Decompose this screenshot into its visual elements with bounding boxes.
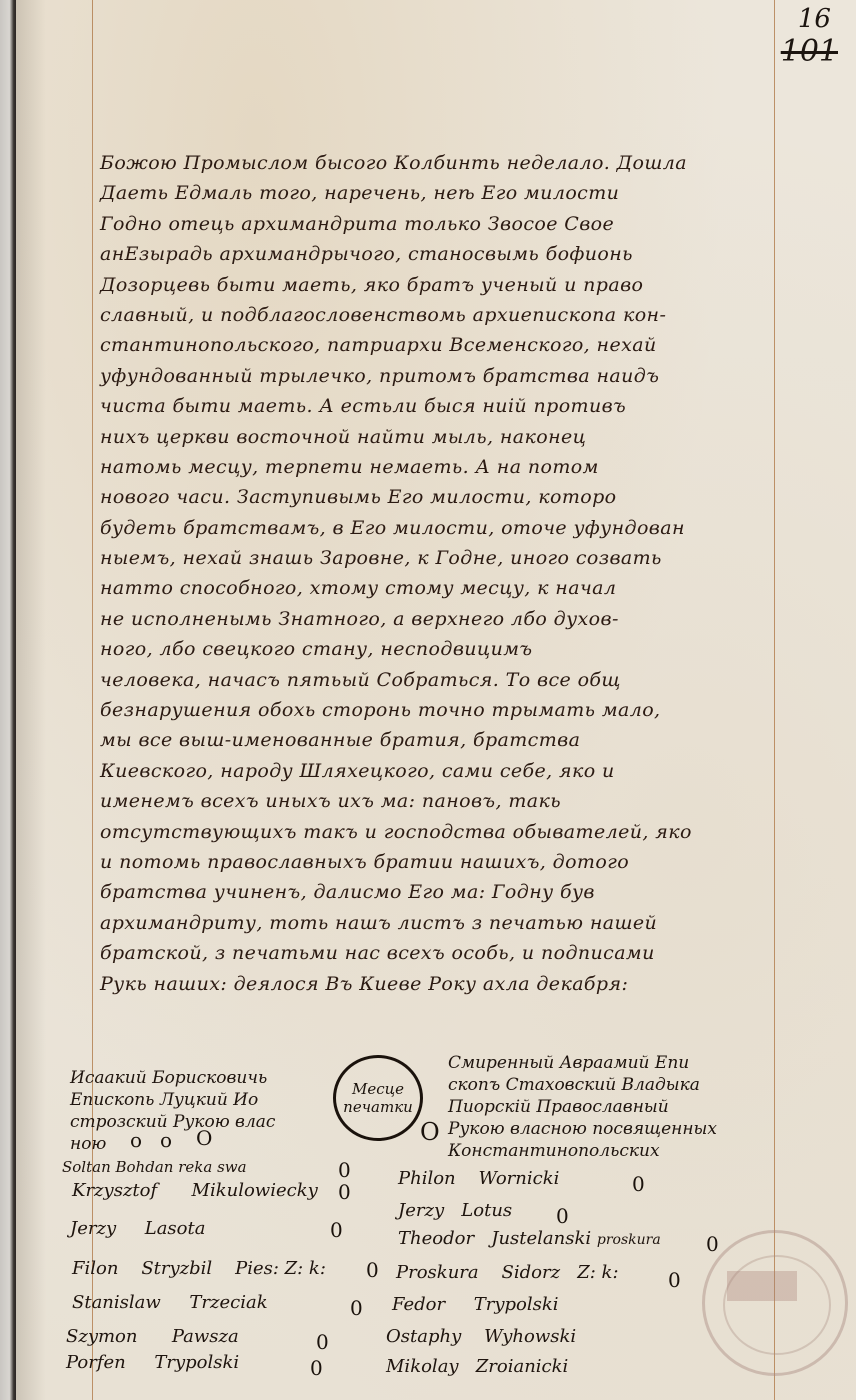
latin-signature: Krzysztof Mikulowiecky	[72, 1180, 318, 1201]
text-line: стантинопольского, патриархи Всеменского…	[100, 330, 790, 360]
bishop-signature-right: Смиренный Авраамий Епи скопъ Стаховский …	[448, 1052, 768, 1162]
folio-number: 16 101	[781, 4, 838, 69]
stamp-book-icon	[727, 1271, 797, 1301]
folio-current: 16	[791, 4, 838, 34]
seal-mark-o: o	[130, 1128, 142, 1152]
text-line: не исполненымь Знатного, а верхнего лбо …	[100, 604, 790, 634]
seal-mark-o: 0	[338, 1158, 351, 1182]
signature-line: Епископь Луцкий Ио	[70, 1089, 330, 1111]
text-line: именемъ всехъ иныхъ ихъ ма: пановъ, такь	[100, 786, 790, 816]
latin-signature: Szymon Pawsza	[66, 1326, 239, 1347]
text-line: Даеть Едмаль того, наречень, неѣ Его мил…	[100, 178, 790, 208]
latin-signature: Filon Stryzbil Pies: Z: k:	[72, 1258, 326, 1279]
seal-mark-o: O	[420, 1118, 440, 1146]
text-line: натомь месцу, терпети немаеть. А на пото…	[100, 452, 790, 482]
latin-signature: Jerzy Lotus	[398, 1200, 512, 1221]
signature-line: Исаакий Борисковичь	[70, 1067, 330, 1089]
text-line: будеть братствамъ, в Его милости, оточе …	[100, 513, 790, 543]
book-binding-edge	[0, 0, 16, 1400]
text-line: братства учиненъ, далисмо Его ма: Годну …	[100, 877, 790, 907]
seal-mark-o: o	[160, 1128, 172, 1152]
text-line: уфундованный трылечко, притомъ братства …	[100, 361, 790, 391]
seal-mark-o: 0	[338, 1180, 351, 1204]
text-line: Дозорцевь быти маеть, яко братъ ученый и…	[100, 270, 790, 300]
text-line: человека, начасъ пятьый Собраться. То вс…	[100, 665, 790, 695]
signature-line: Пиорскій Православный	[448, 1096, 768, 1118]
text-line: славный, и подблагословенствомь архиепис…	[100, 300, 790, 330]
text-line: Божою Промыслом бысого Колбинть неделало…	[100, 148, 790, 178]
text-line: натто способного, хтому стому месцу, к н…	[100, 573, 790, 603]
seal-mark-o: 0	[350, 1296, 363, 1320]
signature-line: Смиренный Авраамий Епи	[448, 1052, 768, 1074]
gutter-shadow	[16, 0, 46, 1400]
latin-signature: Stanislaw Trzeciak	[72, 1292, 268, 1313]
latin-signature: Ostaphy Wyhowski	[386, 1326, 576, 1347]
seal-mark-o: 0	[330, 1218, 343, 1242]
library-stamp	[702, 1230, 848, 1376]
text-line: ного, лбо свецкого стану, несподвицимъ	[100, 634, 790, 664]
signature-line: Рукою власною посвященных	[448, 1118, 768, 1140]
text-line: Годно отець архимандрита только Звосое С…	[100, 209, 790, 239]
seal-mark-o: 0	[366, 1258, 379, 1282]
signature-line: Константинопольских	[448, 1140, 768, 1162]
signature-line: скопъ Стаховский Владыка	[448, 1074, 768, 1096]
seal-place-circle: Месце печатки	[333, 1055, 423, 1141]
latin-signature: Theodor Justelanski proskura	[398, 1228, 661, 1249]
seal-mark-o: 0	[316, 1330, 329, 1354]
main-text-block: Божою Промыслом бысого Колбинть неделало…	[100, 148, 790, 999]
seal-mark-o: 0	[668, 1268, 681, 1292]
text-line: нихъ церкви восточной найти мыль, наконе…	[100, 422, 790, 452]
seal-mark-o: O	[196, 1126, 212, 1150]
seal-mark-o: 0	[706, 1232, 719, 1256]
latin-signature: Porfen Trypolski	[66, 1352, 239, 1373]
text-line: чиста быти маеть. А естьли быся ниій про…	[100, 391, 790, 421]
seal-note-line2: печатки	[343, 1098, 413, 1116]
text-line: архимандриту, тоть нашъ листъ з печатью …	[100, 908, 790, 938]
text-line: ныемъ, нехай знашь Заровне, к Годне, ино…	[100, 543, 790, 573]
seal-mark-o: 0	[632, 1172, 645, 1196]
latin-signature: Philon Wornicki	[398, 1168, 559, 1189]
latin-signature: Soltan Bohdan reka swa	[62, 1158, 247, 1176]
manuscript-page: 16 101 Божою Промыслом бысого Колбинть н…	[0, 0, 856, 1400]
text-line: безнарушения обохь сторонь точно трымать…	[100, 695, 790, 725]
text-line: нового часи. Заступивымь Его милости, ко…	[100, 482, 790, 512]
seal-note-line1: Месце	[352, 1080, 404, 1098]
latin-signature: Proskura Sidorz Z: k:	[396, 1262, 619, 1283]
latin-signature: Fedor Trypolski	[392, 1294, 559, 1315]
latin-signature: Mikolay Zroianicki	[386, 1356, 568, 1377]
text-line: и потомь православныхъ братии нашихъ, до…	[100, 847, 790, 877]
text-line: анЕзырадь архимандрычого, станосвымь боф…	[100, 239, 790, 269]
seal-mark-o: 0	[556, 1204, 569, 1228]
text-line: отсутствующихъ такъ и господства обывате…	[100, 817, 790, 847]
text-line: Киевского, народу Шляхецкого, сами себе,…	[100, 756, 790, 786]
folio-previous-struck: 101	[781, 34, 838, 69]
text-line: Рукь наших: деялося Въ Киеве Року ахла д…	[100, 969, 790, 999]
stamp-inner-ring	[723, 1255, 831, 1355]
text-line: братской, з печатьми нас всехъ особь, и …	[100, 938, 790, 968]
latin-signature: Jerzy Lasota	[70, 1218, 205, 1239]
seal-mark-o: 0	[310, 1356, 323, 1380]
text-line: мы все выш-именованные братия, братства	[100, 725, 790, 755]
